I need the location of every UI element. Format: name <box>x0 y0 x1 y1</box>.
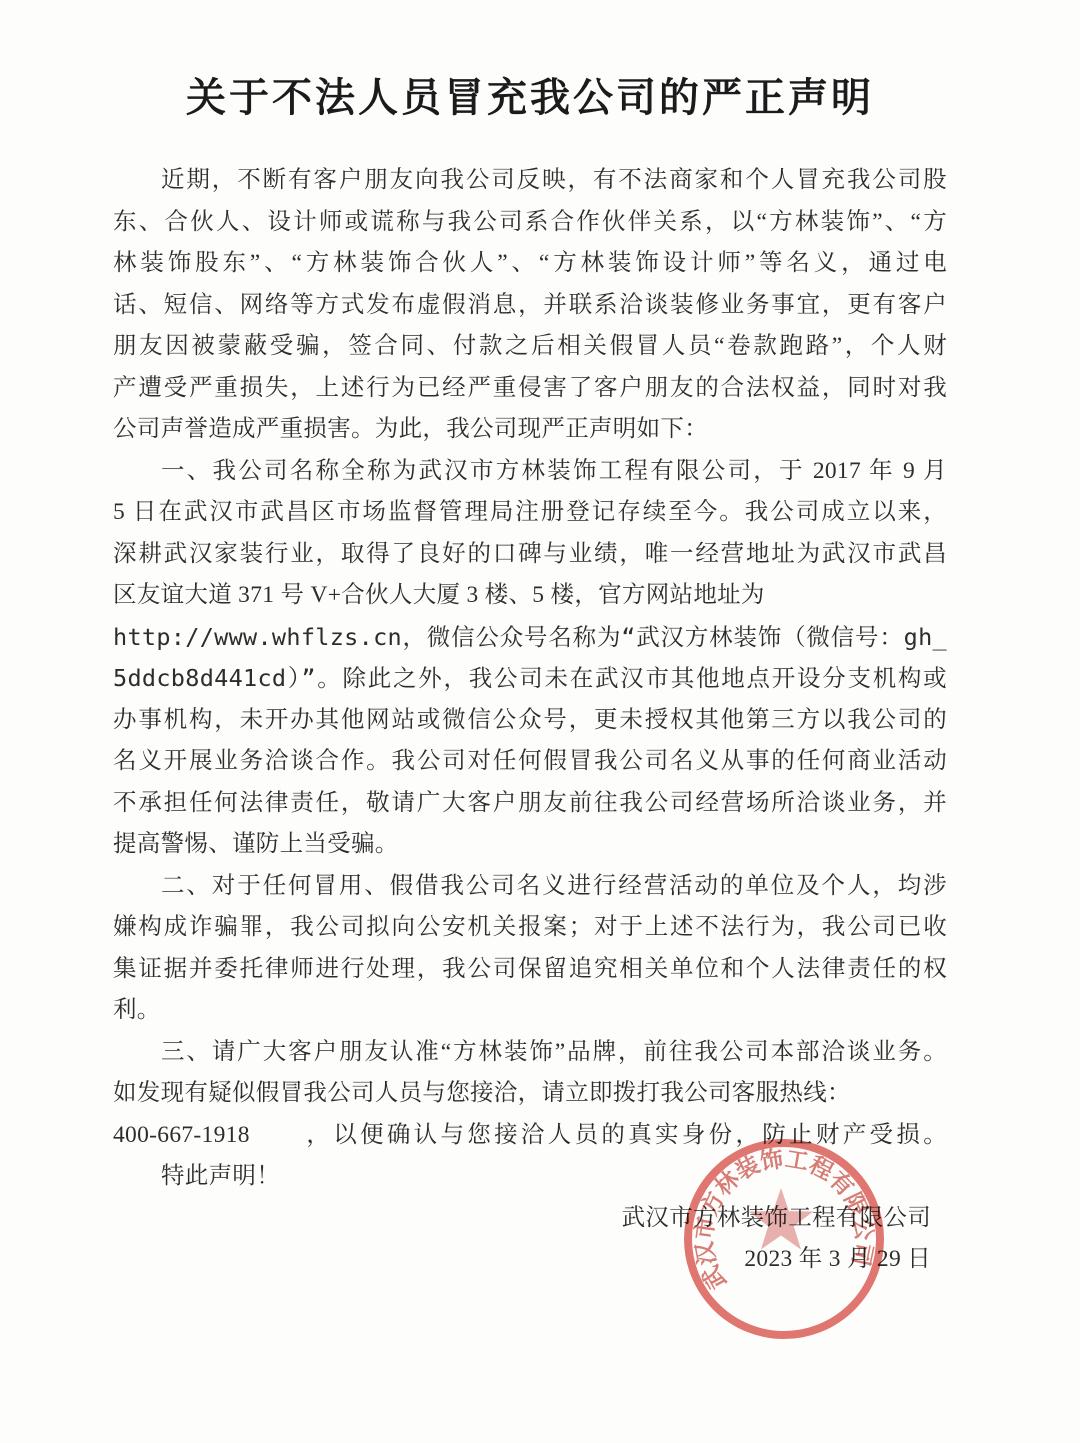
text-line: 5 日在武汉市武昌区市场监督管理局注册登记存续至今。我公司成立以来， <box>113 492 947 534</box>
text-line: 办事机构，未开办其他网站或微信公众号，更未授权其他第三方以我公司的 <box>113 700 947 742</box>
text-line: 朋友因被蒙蔽受骗，签合同、付款之后相关假冒人员“卷款跑路”，个人财 <box>113 326 947 368</box>
text-line: 产遭受严重损失，上述行为已经严重侵害了客户朋友的合法权益，同时对我 <box>113 368 947 410</box>
company-seal: 武汉市方林装饰工程有限公司 <box>674 1129 894 1349</box>
text-line: 东、合伙人、设计师或谎称与我公司系合作伙伴关系，以“方林装饰”、“方 <box>113 202 947 244</box>
text-line: 话、短信、网络等方式发布虚假消息，并联系洽谈装修业务事宜，更有客户 <box>113 285 947 327</box>
text-line: 近期，不断有客户朋友向我公司反映，有不法商家和个人冒充我公司股 <box>113 160 947 202</box>
text-line: 集证据并委托律师进行处理，我公司保留追究相关单位和个人法律责任的权 <box>113 949 947 991</box>
text-line: 二、对于任何冒用、假借我公司名义进行经营活动的单位及个人，均涉 <box>113 866 947 908</box>
text-line: 公司声誉造成严重损害。为此，我公司现严正声明如下： <box>113 409 947 451</box>
text-line: 如发现有疑似假冒我公司人员与您接洽，请立即拨打我公司客服热线： <box>113 1073 947 1115</box>
text-line: 利。 <box>113 990 947 1032</box>
document-page: 关于不法人员冒充我公司的严正声明 近期，不断有客户朋友向我公司反映，有不法商家和… <box>0 0 1080 1443</box>
text-line: 一、我公司名称全称为武汉市方林装饰工程有限公司，于 2017 年 9 月 <box>113 451 947 493</box>
document-title: 关于不法人员冒充我公司的严正声明 <box>113 66 947 123</box>
document-body: 近期，不断有客户朋友向我公司反映，有不法商家和个人冒充我公司股 东、合伙人、设计… <box>113 160 947 1281</box>
text-line: 三、请广大客户朋友认准“方林装饰”品牌，前往我公司本部洽谈业务。 <box>113 1032 947 1074</box>
text-line: 林装饰股东”、“方林装饰合伙人”、“方林装饰设计师”等名义，通过电 <box>113 243 947 285</box>
text-line: 嫌构成诈骗罪，我公司拟向公安机关报案；对于上述不法行为，我公司已收 <box>113 907 947 949</box>
text-line: 不承担任何法律责任，敬请广大客户朋友前往我公司经营场所洽谈业务，并 <box>113 783 947 825</box>
text-line: 深耕武汉家装行业，取得了良好的口碑与业绩，唯一经营地址为武汉市武昌 <box>113 534 947 576</box>
seal-ring <box>688 1143 880 1335</box>
text-line: 区友谊大道 371 号 V+合伙人大厦 3 楼、5 楼，官方网站地址为 <box>113 575 947 617</box>
text-line: 提高警惕、谨防上当受骗。 <box>113 824 947 866</box>
text-line: 名义开展业务洽谈合作。我公司对任何假冒我公司名义从事的任何商业活动 <box>113 741 947 783</box>
star-icon <box>749 1188 814 1250</box>
text-line-url: http://www.whflzs.cn，微信公众号名称为“武汉方林装饰（微信号… <box>113 617 947 659</box>
text-line-wechat-id: 5ddcb8d441cd）”。除此之外，我公司未在武汉市其他地点开设分支机构或 <box>113 658 947 700</box>
